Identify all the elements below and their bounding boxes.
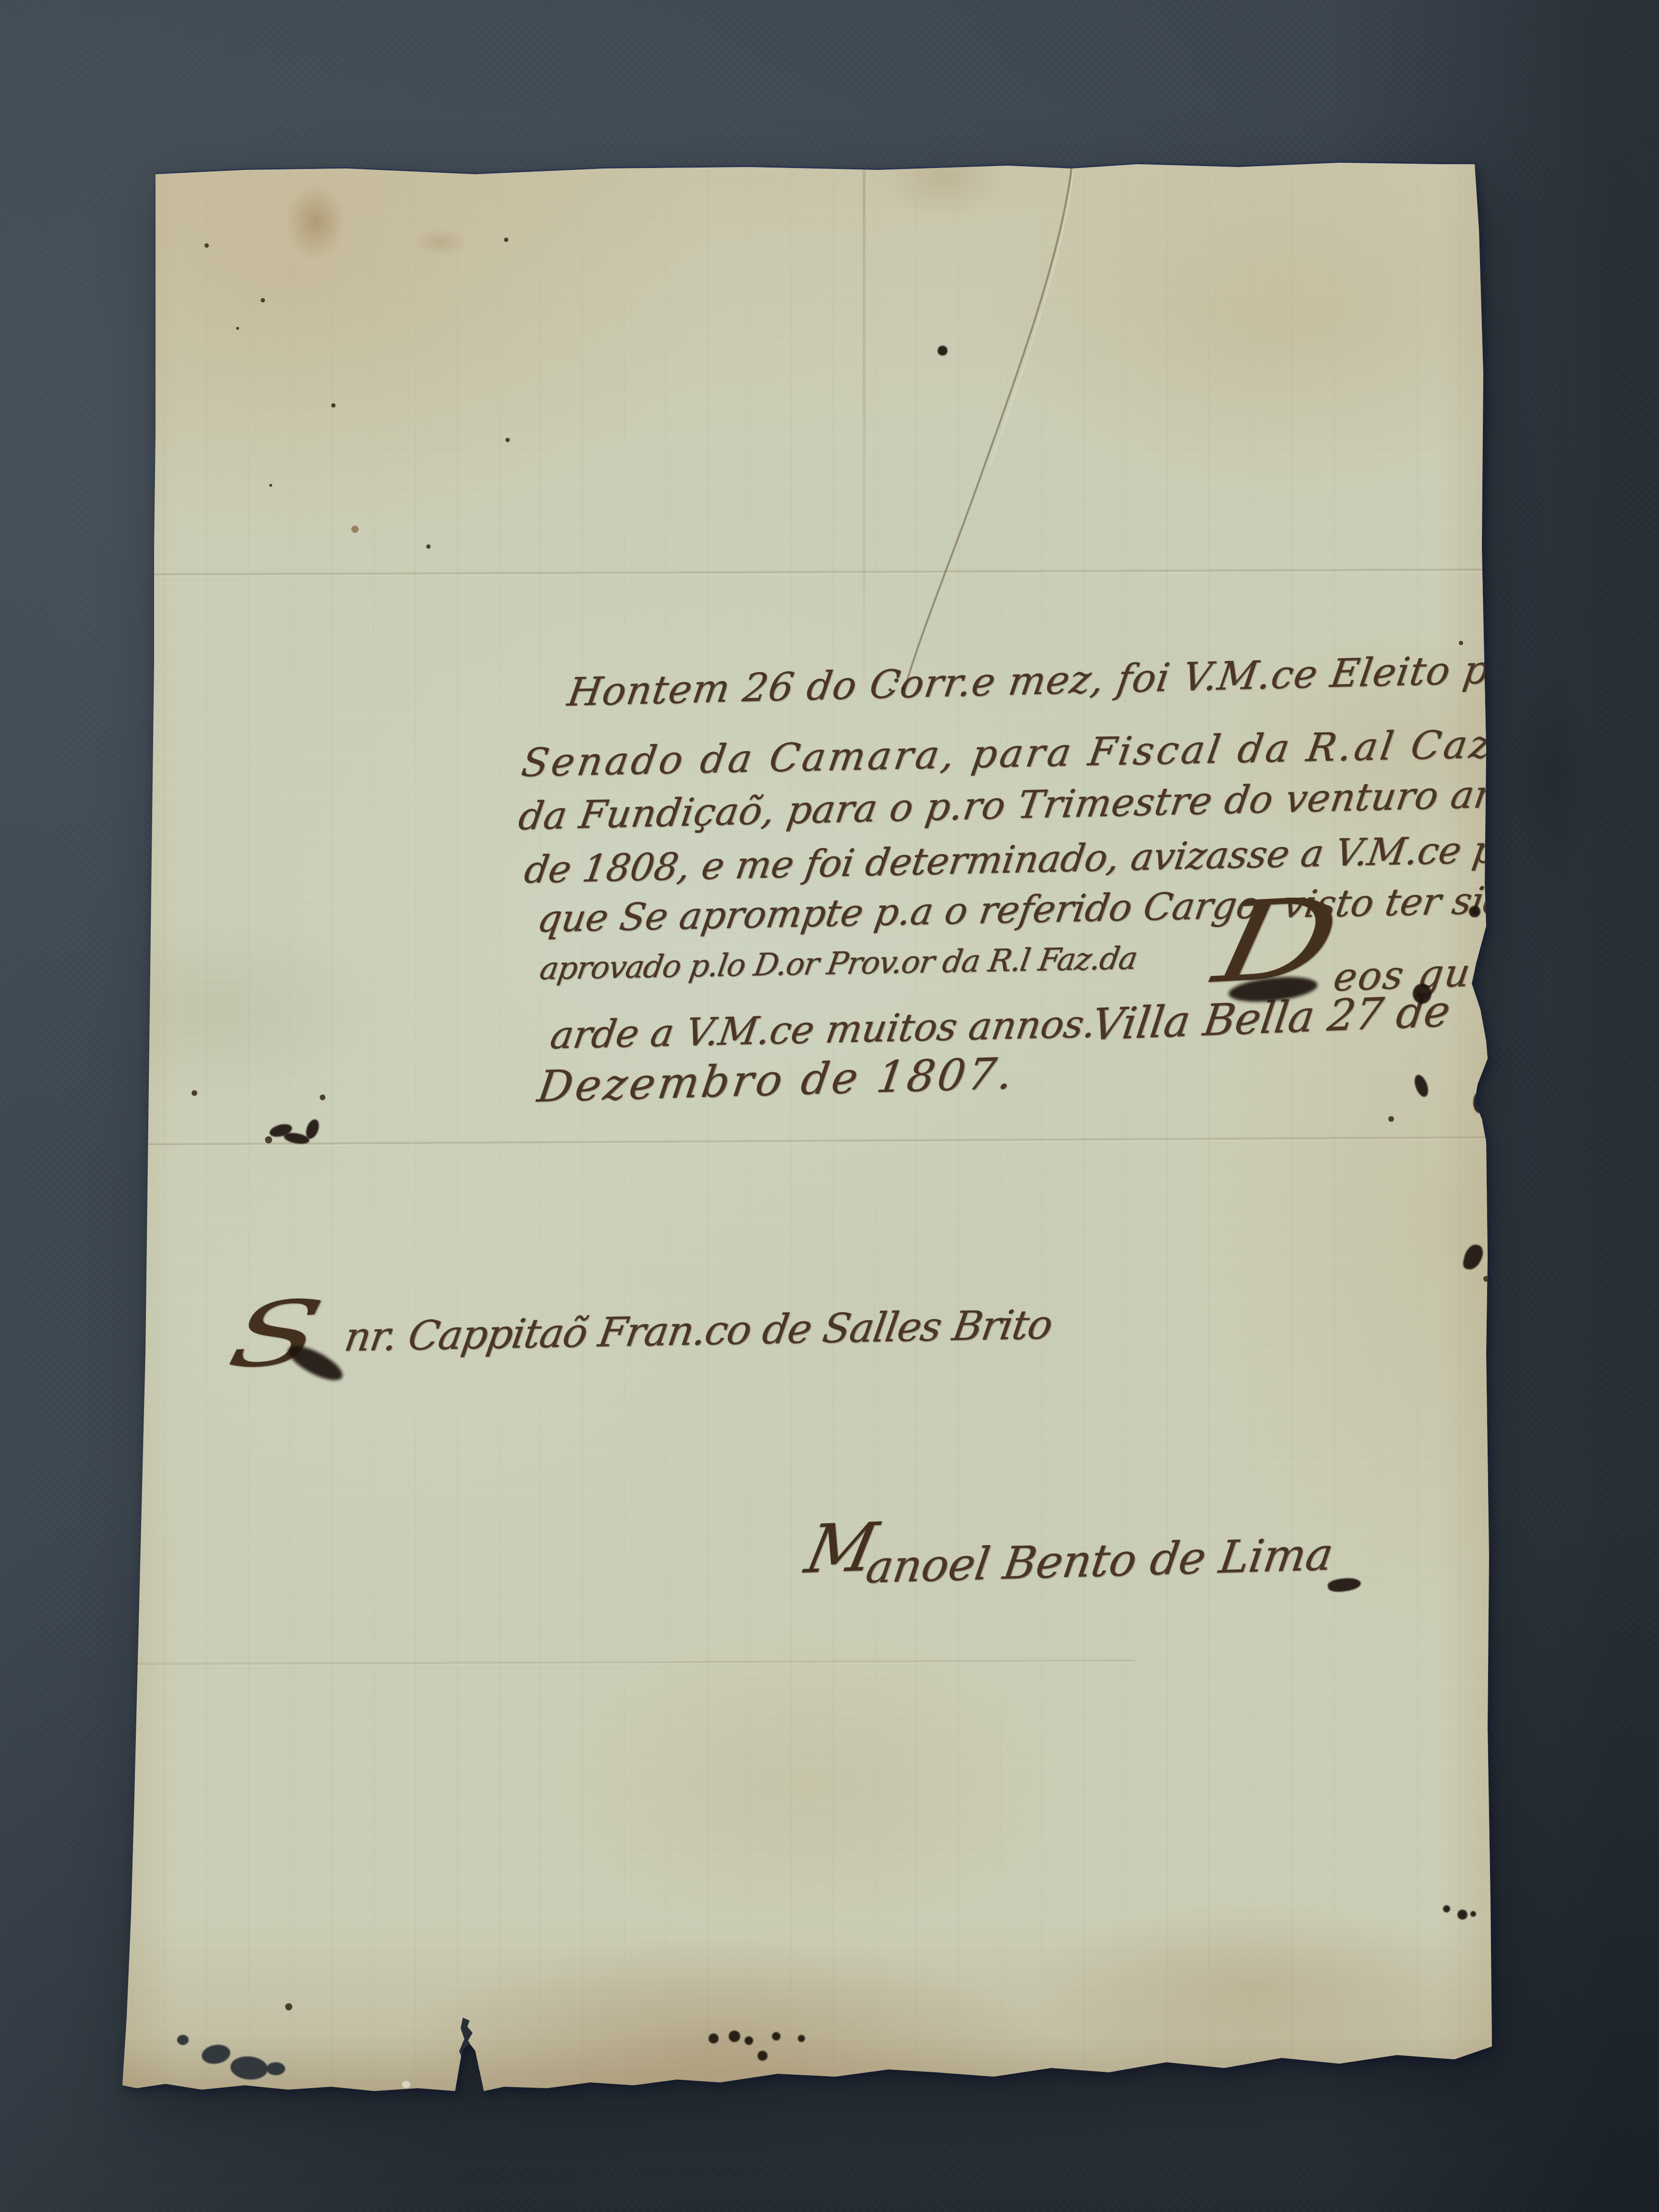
ink-speck-right-3 [1459,641,1463,645]
fold-crease-horizontal-bottom [127,1659,1135,1666]
bottom-dot-4 [772,2032,781,2041]
ink-hole-right [1413,984,1431,1004]
top-speck-4 [331,403,336,408]
crack-speck-2 [902,687,904,690]
top-speck-1 [204,243,209,248]
paper-stain-texture [122,163,1492,2092]
worm-hole-2 [229,2055,269,2081]
top-speck-8 [426,544,431,549]
ink-blot-line5-end [1469,906,1480,917]
ink-blot-signature [1327,1576,1361,1593]
paper-fleck [402,2081,410,2088]
bottom-right-dot-2 [1457,1910,1467,1920]
bottom-dot-2 [729,2031,740,2042]
body-line-1: Hontem 26 do Corr.e mez, foi V.M.ce Elei… [565,647,1553,716]
worm-speck-5 [285,2003,292,2010]
top-speck-3 [236,327,239,330]
crack-speck-1 [894,678,899,683]
ink-dot-upper [938,346,948,356]
bottom-dot-3 [745,2036,753,2045]
body-line-6: aprovado p.lo D.or Prov.or da R.l Faz.da [537,941,1140,988]
paper-shadow-wrap: Hontem 26 do Corr.e mez, foi V.M.ce Elei… [0,0,1659,2212]
top-speck-5 [504,238,508,242]
brown-speck [351,526,359,533]
bottom-dot-5 [757,2051,768,2061]
ink-speck-margin-4 [265,1136,272,1143]
worm-hole-1 [200,2043,232,2066]
ink-hook-right [1412,1073,1431,1098]
dateline-date: Dezembro de 1807. [534,1049,1019,1113]
fold-crease-horizontal-top [130,568,1483,577]
ink-speck-margin-5 [192,1090,197,1096]
bottom-dot-6 [798,2035,805,2042]
signature-line: anoel Bento de Lima [863,1529,1336,1594]
ink-speck-right-2 [1483,1276,1489,1282]
bottom-right-dot-1 [1443,1905,1450,1912]
top-speck-2 [261,298,265,302]
top-speck-6 [505,438,510,442]
manuscript-paper: Hontem 26 do Corr.e mez, foi V.M.ce Elei… [122,163,1492,2092]
ink-speck-margin-6 [320,1094,325,1100]
bottom-right-dot-3 [1470,1911,1476,1917]
photo-stage: Hontem 26 do Corr.e mez, foi V.M.ce Elei… [0,0,1659,2212]
ink-blot-edge-notch [1473,1092,1486,1113]
worm-hole-3 [266,2062,285,2075]
fold-crease-vertical [863,166,866,727]
fold-crease-horizontal-middle [127,1136,1488,1147]
worm-hole-4 [177,2035,189,2045]
ink-blot-edge-hook [1462,1242,1485,1272]
bottom-dot-1 [709,2033,719,2044]
bottom-edge-tear [448,2018,485,2094]
address-line: nr. Cappitaõ Fran.co de Salles Brito [341,1301,1056,1361]
top-speck-7 [269,484,272,487]
paper-crack [122,163,1492,2092]
ink-speck-right-1 [1388,1116,1394,1122]
crack-speck-3 [889,688,891,691]
